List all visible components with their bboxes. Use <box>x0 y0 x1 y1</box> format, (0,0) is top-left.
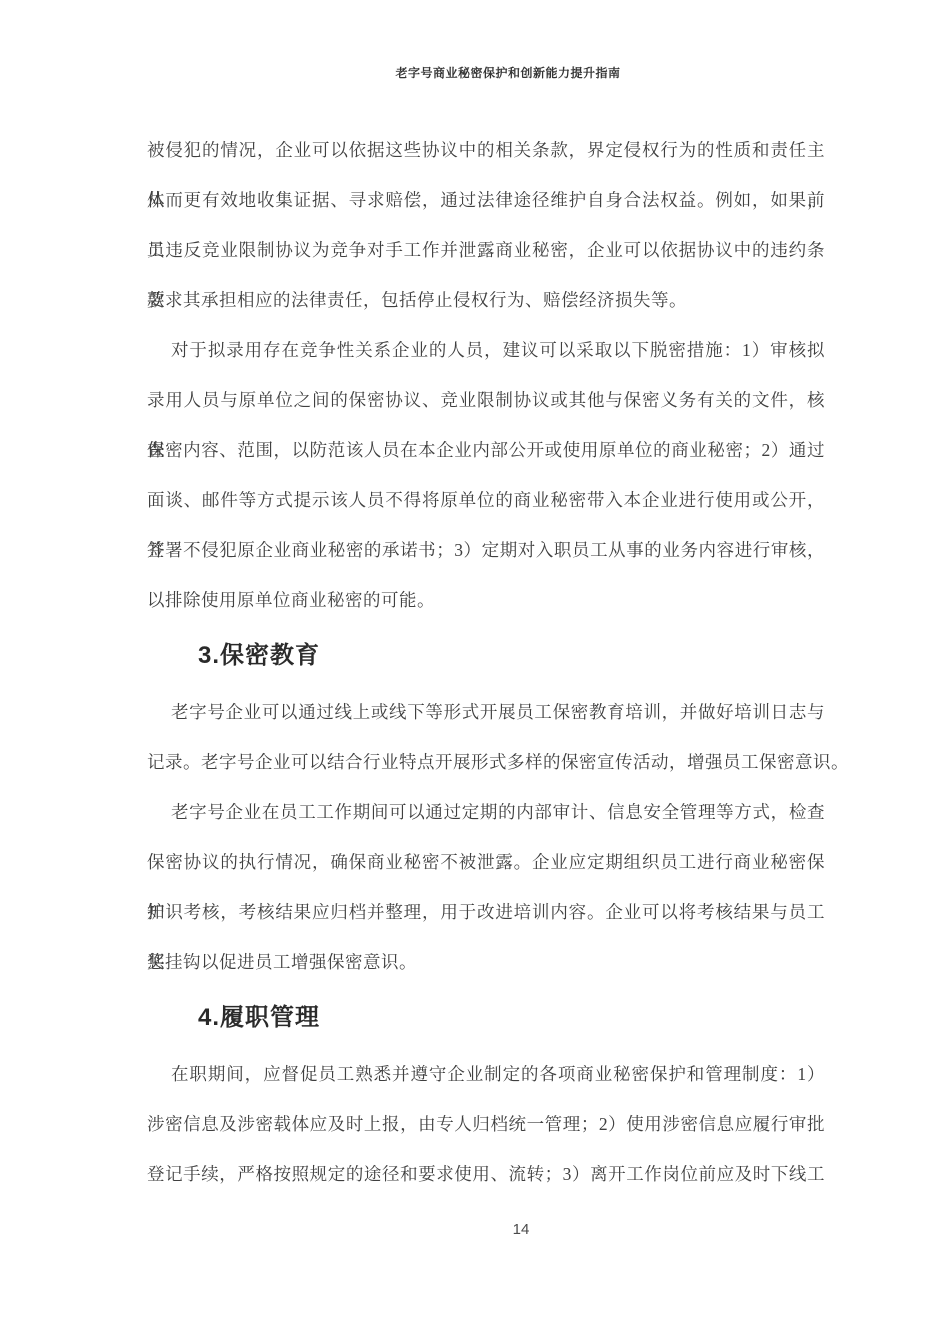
page-number: 14 <box>513 1220 530 1240</box>
body-line: 签署不侵犯原企业商业秘密的承诺书；3）定期对入职员工从事的业务内容进行审核， <box>147 525 825 575</box>
body-line: 从而更有效地收集证据、寻求赔偿，通过法律途径维护自身合法权益。例如，如果前员 <box>147 175 825 225</box>
paragraph: 老字号企业在员工工作期间可以通过定期的内部审计、信息安全管理等方式，检查保密协议… <box>147 787 825 987</box>
document-body: 被侵犯的情况，企业可以依据这些协议中的相关条款，界定侵权行为的性质和责任主体，从… <box>147 0 825 1199</box>
paragraph: 在职期间，应督促员工熟悉并遵守企业制定的各项商业秘密保护和管理制度：1）涉密信息… <box>147 1049 825 1199</box>
paragraph: 老字号企业可以通过线上或线下等形式开展员工保密教育培训，并做好培训日志与记录。老… <box>147 687 825 787</box>
document-page: 老字号商业秘密保护和创新能力提升指南 被侵犯的情况，企业可以依据这些协议中的相关… <box>0 0 945 1336</box>
body-line: 要求其承担相应的法律责任，包括停止侵权行为、赔偿经济损失等。 <box>147 275 825 325</box>
body-line: 知识考核，考核结果应归档并整理，用于改进培训内容。企业可以将考核结果与员工奖 <box>147 887 825 937</box>
body-line: 被侵犯的情况，企业可以依据这些协议中的相关条款，界定侵权行为的性质和责任主体， <box>147 125 825 175</box>
body-line: 录用人员与原单位之间的保密协议、竞业限制协议或其他与保密义务有关的文件，核查 <box>147 375 825 425</box>
body-line: 对于拟录用存在竞争性关系企业的人员，建议可以采取以下脱密措施：1）审核拟 <box>147 325 825 375</box>
body-line: 以排除使用原单位商业秘密的可能。 <box>147 575 825 625</box>
body-line: 保密内容、范围，以防范该人员在本企业内部公开或使用原单位的商业秘密；2）通过 <box>147 425 825 475</box>
section-heading: 3.保密教育 <box>147 625 825 687</box>
body-line: 登记手续，严格按照规定的途径和要求使用、流转；3）离开工作岗位前应及时下线工 <box>147 1149 825 1199</box>
paragraph: 对于拟录用存在竞争性关系企业的人员，建议可以采取以下脱密措施：1）审核拟录用人员… <box>147 325 825 625</box>
body-line: 老字号企业可以通过线上或线下等形式开展员工保密教育培训，并做好培训日志与 <box>147 687 825 737</box>
body-line: 惩挂钩以促进员工增强保密意识。 <box>147 937 825 987</box>
body-line: 在职期间，应督促员工熟悉并遵守企业制定的各项商业秘密保护和管理制度：1） <box>147 1049 825 1099</box>
body-line: 面谈、邮件等方式提示该人员不得将原单位的商业秘密带入本企业进行使用或公开，并 <box>147 475 825 525</box>
body-line: 涉密信息及涉密载体应及时上报，由专人归档统一管理；2）使用涉密信息应履行审批 <box>147 1099 825 1149</box>
body-line: 保密协议的执行情况，确保商业秘密不被泄露。企业应定期组织员工进行商业秘密保护 <box>147 837 825 887</box>
body-line: 记录。老字号企业可以结合行业特点开展形式多样的保密宣传活动，增强员工保密意识。 <box>147 737 825 787</box>
section-heading: 4.履职管理 <box>147 987 825 1049</box>
body-line: 老字号企业在员工工作期间可以通过定期的内部审计、信息安全管理等方式，检查 <box>147 787 825 837</box>
body-line: 工违反竞业限制协议为竞争对手工作并泄露商业秘密，企业可以依据协议中的违约条款 <box>147 225 825 275</box>
paragraph: 被侵犯的情况，企业可以依据这些协议中的相关条款，界定侵权行为的性质和责任主体，从… <box>147 125 825 325</box>
